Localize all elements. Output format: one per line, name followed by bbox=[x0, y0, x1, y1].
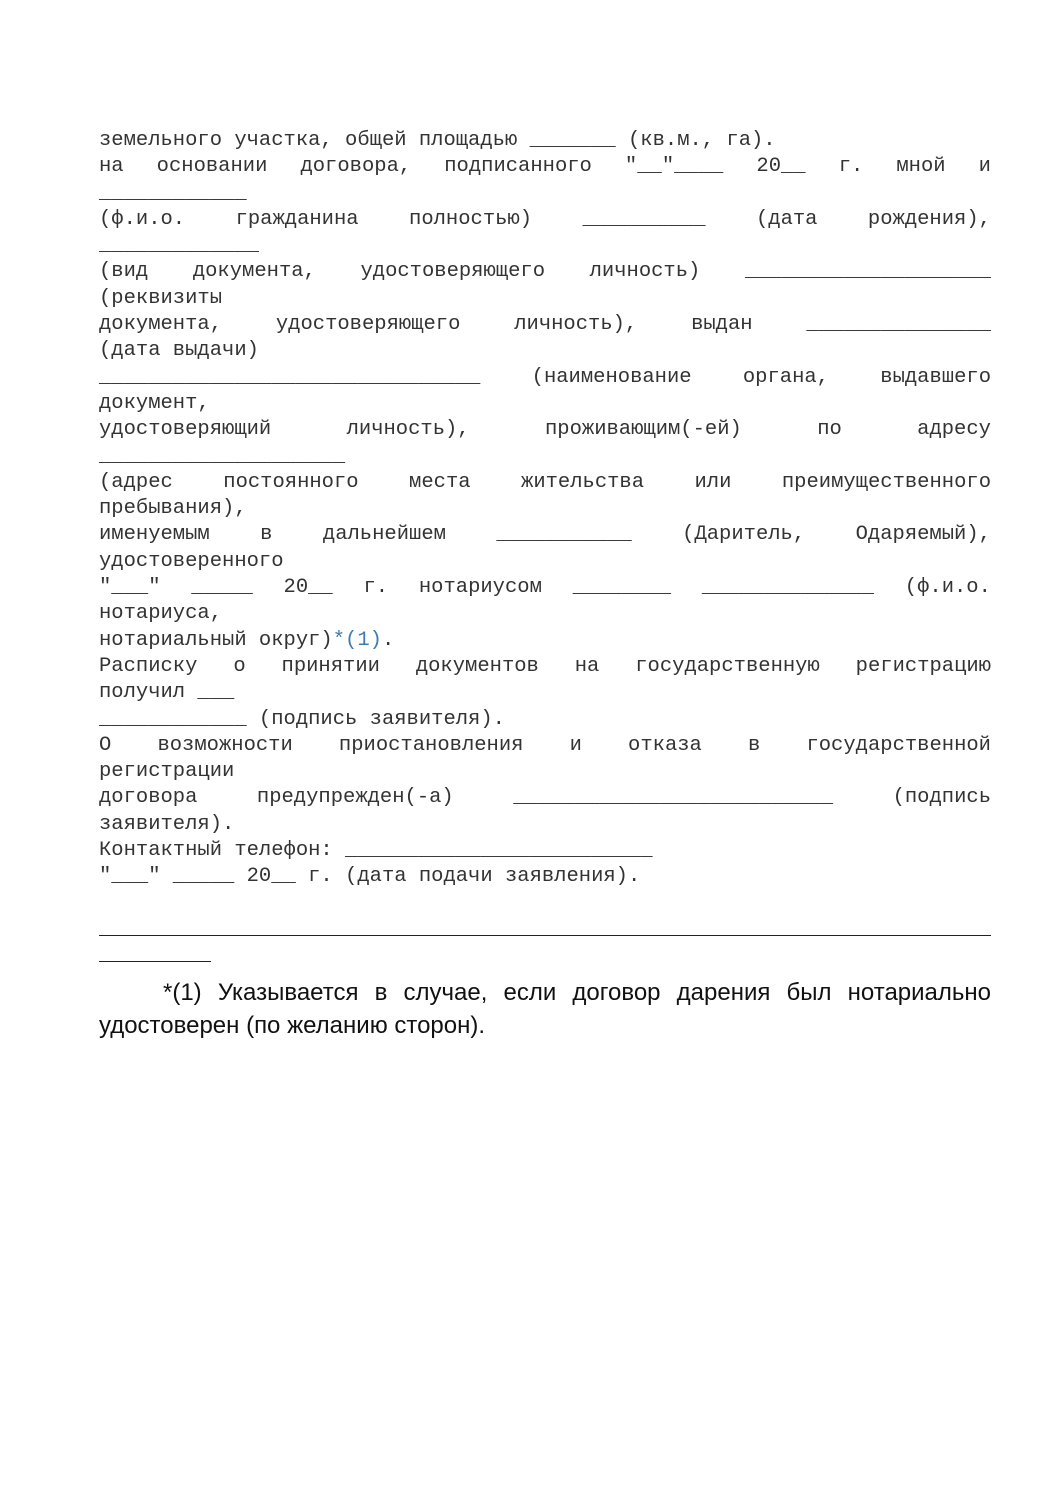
line-word: ______________ bbox=[702, 575, 874, 601]
notary-line: нотариальный округ)*(1). bbox=[99, 628, 991, 654]
line-word: регистрации bbox=[99, 759, 234, 785]
document-line: (ф.и.о.гражданинаполностью)__________(да… bbox=[99, 207, 991, 233]
line-word: возможности bbox=[157, 733, 292, 759]
line-word: ____________________ bbox=[99, 444, 345, 470]
document-line: договорапредупрежден(-а)________________… bbox=[99, 785, 991, 811]
line-word: выдан bbox=[691, 312, 753, 338]
line-word: мной bbox=[896, 154, 945, 180]
line-word: на bbox=[99, 154, 124, 180]
footnote-ref-link[interactable]: *(1) bbox=[333, 628, 382, 654]
line-word: _______________ bbox=[806, 312, 991, 338]
document-line: "___"_____20__г.нотариусом______________… bbox=[99, 575, 991, 601]
footnote-separator-short bbox=[99, 961, 211, 962]
line-word: государственной bbox=[806, 733, 991, 759]
document-line: (реквизиты bbox=[99, 286, 991, 312]
line-word: личность), bbox=[347, 417, 470, 443]
footnote: *(1) Указывается в случае, если договор … bbox=[99, 976, 991, 1042]
document-line: земельного участка, общей площадью _____… bbox=[99, 128, 991, 154]
line-word: гражданина bbox=[236, 207, 359, 233]
line-word: __________ bbox=[583, 207, 706, 233]
line-word: ____________ bbox=[99, 181, 247, 207]
line-word: полностью) bbox=[409, 207, 532, 233]
line-word: Контактный телефон: ____________________… bbox=[99, 838, 653, 864]
line-word: на bbox=[575, 654, 600, 680]
document-line: (дата выдачи) bbox=[99, 338, 991, 364]
line-word: удостоверяющего bbox=[276, 312, 461, 338]
line-word: _____________ bbox=[99, 233, 259, 259]
document-line: именуемымвдальнейшем___________(Даритель… bbox=[99, 522, 991, 548]
line-word: (дата выдачи) bbox=[99, 338, 259, 364]
line-word: постоянного bbox=[223, 470, 358, 496]
line-word: документа, bbox=[99, 312, 222, 338]
document-lines-after: Распискуопринятиидокументовнагосударстве… bbox=[99, 654, 991, 891]
line-word: получил ___ bbox=[99, 680, 234, 706]
line-word: именуемым bbox=[99, 522, 210, 548]
line-word: нотариуса, bbox=[99, 601, 222, 627]
document-line: удостоверяющийличность),проживающим(-ей)… bbox=[99, 417, 991, 443]
line-word: адресу bbox=[917, 417, 991, 443]
document-line: нотариуса, bbox=[99, 601, 991, 627]
line-word: ________ bbox=[573, 575, 671, 601]
line-word: земельного участка, общей площадью _____… bbox=[99, 128, 776, 154]
line-word: г. bbox=[364, 575, 389, 601]
line-word: (вид bbox=[99, 259, 148, 285]
line-word: _____ bbox=[191, 575, 253, 601]
document-line: удостоверенного bbox=[99, 549, 991, 575]
line-word: ___________ bbox=[496, 522, 631, 548]
footnote-text: Указывается в случае, если договор дарен… bbox=[99, 979, 991, 1039]
line-word: нотариусом bbox=[419, 575, 542, 601]
line-word: документ, bbox=[99, 391, 210, 417]
line-word: или bbox=[695, 470, 732, 496]
line-word: и bbox=[570, 733, 582, 759]
line-word: (подпись bbox=[893, 785, 991, 811]
line-word: удостоверяющего bbox=[360, 259, 545, 285]
line-word: жительства bbox=[521, 470, 644, 496]
document-line: _____________ bbox=[99, 233, 991, 259]
line-word: места bbox=[409, 470, 471, 496]
document-line: ____________________ bbox=[99, 444, 991, 470]
line-word: и bbox=[979, 154, 991, 180]
line-word: проживающим(-ей) bbox=[545, 417, 742, 443]
document-line: получил ___ bbox=[99, 680, 991, 706]
document-line: (адреспостоянногоместажительстваилипреим… bbox=[99, 470, 991, 496]
document-lines: земельного участка, общей площадью _____… bbox=[99, 128, 991, 628]
footnote-marker: *(1) bbox=[163, 979, 202, 1006]
line-word: регистрацию bbox=[856, 654, 991, 680]
document-line: Распискуопринятиидокументовнагосударстве… bbox=[99, 654, 991, 680]
line-word: органа, bbox=[743, 365, 829, 391]
line-word: (Даритель, bbox=[682, 522, 805, 548]
line-word: (ф.и.о. bbox=[905, 575, 991, 601]
line-word: (дата bbox=[756, 207, 818, 233]
line-word: о bbox=[233, 654, 245, 680]
line-word: личность) bbox=[590, 259, 701, 285]
line-word: "___" bbox=[99, 575, 161, 601]
notary-tail: . bbox=[382, 628, 394, 654]
line-word: принятии bbox=[282, 654, 380, 680]
line-word: 20__ bbox=[756, 154, 805, 180]
line-word: Одаряемый), bbox=[856, 522, 991, 548]
line-word: "___" _____ 20__ г. (дата подачи заявлен… bbox=[99, 864, 640, 890]
document-line: документ, bbox=[99, 391, 991, 417]
document-line: _______________________________(наименов… bbox=[99, 365, 991, 391]
line-word: __________________________ bbox=[513, 785, 833, 811]
line-word: подписанного bbox=[444, 154, 592, 180]
document-line: пребывания), bbox=[99, 496, 991, 522]
footnote-separator-line bbox=[99, 935, 991, 936]
line-word: (адрес bbox=[99, 470, 173, 496]
line-word: личность), bbox=[514, 312, 637, 338]
line-word: договора bbox=[99, 785, 197, 811]
line-word: предупрежден(-а) bbox=[257, 785, 454, 811]
line-word: ____________ (подпись заявителя). bbox=[99, 707, 505, 733]
document-line: Овозможностиприостановленияиотказавгосуд… bbox=[99, 733, 991, 759]
document-line: "___" _____ 20__ г. (дата подачи заявлен… bbox=[99, 864, 991, 890]
document-line: (виддокумента,удостоверяющеголичность)__… bbox=[99, 259, 991, 285]
document-line: ____________ (подпись заявителя). bbox=[99, 707, 991, 733]
document-body: земельного участка, общей площадью _____… bbox=[99, 128, 991, 891]
document-line: Контактный телефон: ____________________… bbox=[99, 838, 991, 864]
line-word: основании bbox=[157, 154, 268, 180]
document-line: заявителя). bbox=[99, 812, 991, 838]
document-line: регистрации bbox=[99, 759, 991, 785]
notary-text: нотариальный округ) bbox=[99, 628, 333, 654]
line-word: пребывания), bbox=[99, 496, 247, 522]
line-word: по bbox=[817, 417, 842, 443]
line-word: преимущественного bbox=[782, 470, 991, 496]
line-word: отказа bbox=[628, 733, 702, 759]
line-word: (наименование bbox=[532, 365, 692, 391]
line-word: Расписку bbox=[99, 654, 197, 680]
line-word: ____________________ bbox=[745, 259, 991, 285]
line-word: документов bbox=[416, 654, 539, 680]
line-word: в bbox=[260, 522, 272, 548]
line-word: заявителя). bbox=[99, 812, 234, 838]
line-word: дальнейшем bbox=[323, 522, 446, 548]
line-word: удостоверенного bbox=[99, 549, 284, 575]
line-word: "__"____ bbox=[625, 154, 723, 180]
line-word: (реквизиты bbox=[99, 286, 222, 312]
line-word: _______________________________ bbox=[99, 365, 480, 391]
line-word: удостоверяющий bbox=[99, 417, 271, 443]
document-line: документа,удостоверяющеголичность),выдан… bbox=[99, 312, 991, 338]
line-word: О bbox=[99, 733, 111, 759]
line-word: 20__ bbox=[284, 575, 333, 601]
document-line: ____________ bbox=[99, 181, 991, 207]
line-word: г. bbox=[839, 154, 864, 180]
document-line: наоснованиидоговора,подписанного"__"____… bbox=[99, 154, 991, 180]
line-word: (ф.и.о. bbox=[99, 207, 185, 233]
line-word: документа, bbox=[193, 259, 316, 285]
line-word: государственную bbox=[635, 654, 820, 680]
line-word: в bbox=[748, 733, 760, 759]
line-word: рождения), bbox=[868, 207, 991, 233]
line-word: договора, bbox=[300, 154, 411, 180]
line-word: приостановления bbox=[339, 733, 524, 759]
line-word: выдавшего bbox=[880, 365, 991, 391]
